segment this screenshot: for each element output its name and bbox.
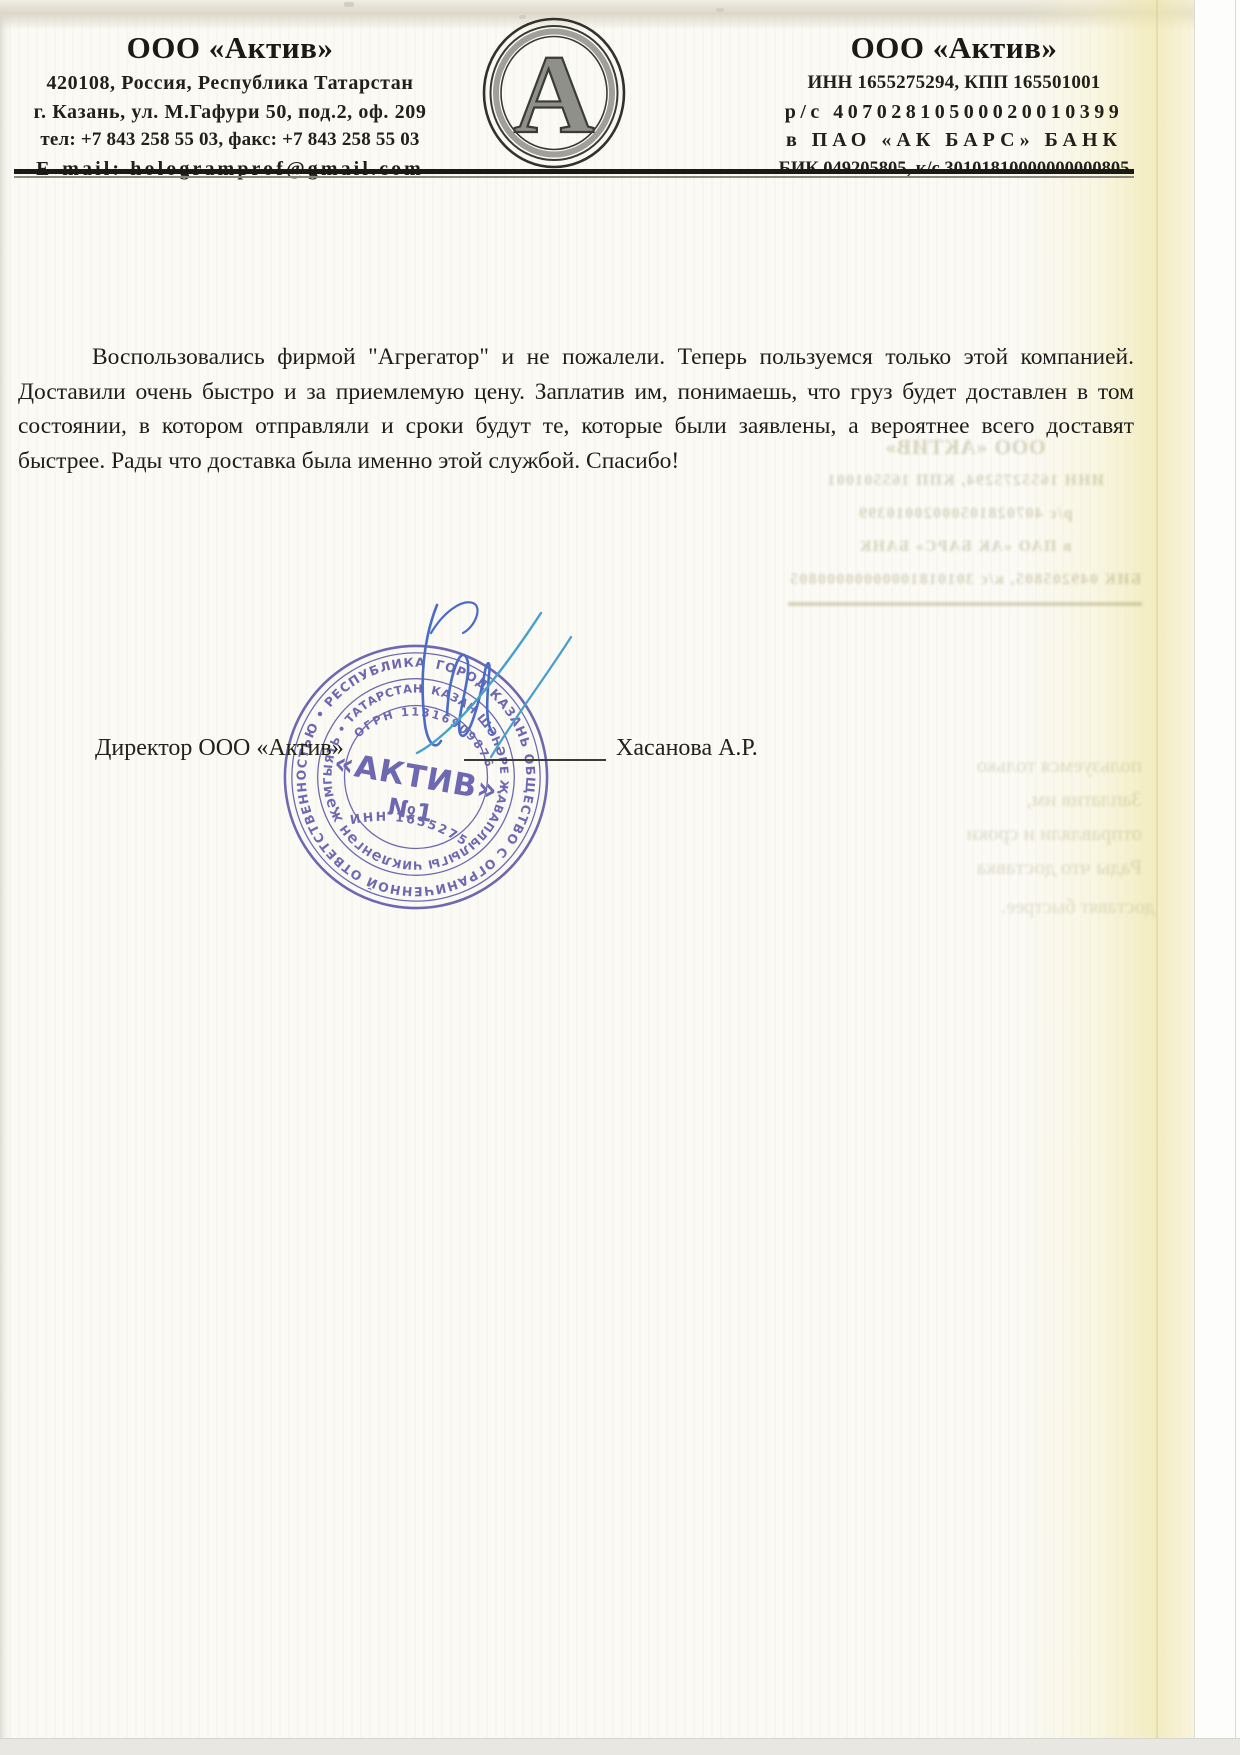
ghost-line: Рады что доставка [770, 850, 1142, 884]
scan-vertical-line [1156, 0, 1158, 1755]
scan-right-strip-line [1235, 0, 1236, 1755]
company-bank: в ПАО «АК БАРС» БАНК [768, 126, 1140, 155]
logo-letter: А [514, 33, 595, 157]
review-paragraph: Воспользовались фирмой "Агрегатор" и не … [18, 340, 1134, 478]
company-name-left: ООО «Актив» [16, 30, 444, 66]
company-phone-fax: тел: +7 843 258 55 03, факс: +7 843 258 … [16, 126, 444, 155]
ghost-line: Заплатив им, [770, 782, 1142, 816]
company-account: р/с 40702810500020010399 [768, 98, 1140, 127]
letterhead-right-block: ООО «Актив» ИНН 1655275294, КПП 16550100… [768, 30, 1140, 183]
ghost-line: р/с 40702810500020010399 [788, 497, 1142, 530]
ghost-rule [788, 602, 1142, 606]
scan-streak-texture [0, 0, 1240, 1755]
ghost-bleedthrough-body: пользуемся только Заплатив им, отправлял… [770, 748, 1142, 884]
ghost-line: отправляли и сроки [770, 816, 1142, 850]
ghost-line: пользуемся только [770, 748, 1142, 782]
signature-role-label: Директор ООО «Актив» [95, 735, 344, 762]
ghost-line: в ПАО «АК БАРС» БАНК [788, 530, 1142, 563]
company-address-line2: г. Казань, ул. М.Гафури 50, под.2, оф. 2… [16, 98, 444, 127]
scan-right-strip [1194, 0, 1240, 1755]
signature-line [464, 759, 606, 761]
scan-speck [716, 8, 724, 12]
letterhead-left-block: ООО «Актив» 420108, Россия, Республика Т… [16, 30, 444, 183]
company-name-right: ООО «Актив» [768, 30, 1140, 66]
company-inn-kpp: ИНН 1655275294, КПП 165501001 [768, 69, 1140, 98]
ghost-line: БИК 049205805, к/с 30101810000000000805 [788, 563, 1142, 596]
ghost-bleedthrough-extra: доставят быстрее. [905, 896, 1155, 919]
company-address-line1: 420108, Россия, Республика Татарстан [16, 69, 444, 98]
company-logo-icon: А [477, 13, 631, 173]
letterhead-divider-rule [14, 169, 1134, 178]
scanned-letter-page: ООО «АКТИВ» ИНН 1655275294, КПП 16550100… [0, 0, 1240, 1755]
scan-speck [344, 2, 354, 7]
handwritten-signature [395, 575, 595, 780]
scan-yellow-band [1018, 0, 1194, 1755]
scan-bottom-edge [0, 1738, 1240, 1755]
signature-name: Хасанова А.Р. [616, 735, 758, 762]
